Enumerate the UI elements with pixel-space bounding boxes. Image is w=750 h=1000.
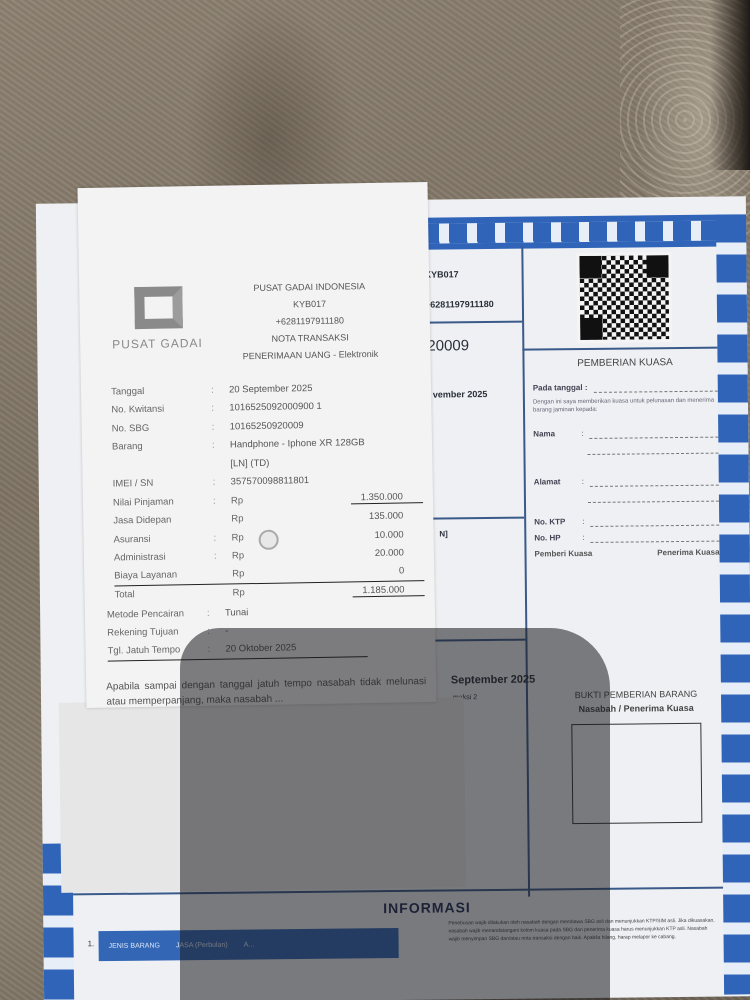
certificate-divider bbox=[522, 347, 717, 351]
background-shadow bbox=[710, 0, 750, 170]
certificate-divider bbox=[429, 517, 524, 520]
phone-fragment: +6281197911180 bbox=[425, 299, 494, 310]
sbg-fragment: 20009 bbox=[427, 337, 469, 354]
kuasa-note: Dengan ini saya memberikan kuasa untuk p… bbox=[533, 398, 718, 416]
signer-left-label: Pemberi Kuasa bbox=[534, 549, 592, 559]
receipt-details: Tanggal:20 September 2025 No. Kwitansi:1… bbox=[111, 377, 425, 604]
kuasa-field-hp: No. HP: bbox=[534, 531, 719, 543]
table-header-cell: JENIS BARANG bbox=[109, 942, 160, 950]
kuasa-field-alamat: Alamat: bbox=[534, 475, 719, 487]
signer-right-label: Penerima Kuasa bbox=[657, 547, 719, 557]
qr-code bbox=[576, 252, 672, 343]
company-logo bbox=[134, 286, 183, 329]
doc-subtitle: PENERIMAAN UANG - Elektronik bbox=[210, 345, 410, 365]
receipt-header: PUSAT GADAI INDONESIA KYB017 +6281197911… bbox=[209, 277, 410, 365]
branch-code-fragment: KYB017 bbox=[425, 269, 459, 279]
kuasa-field-ktp: No. KTP: bbox=[534, 515, 719, 527]
certificate-border-top bbox=[421, 214, 746, 249]
certificate-divider bbox=[427, 321, 522, 324]
certificate-border-right bbox=[716, 214, 750, 994]
logo-text: PUSAT GADAI bbox=[112, 336, 203, 352]
table-row-number: 1. bbox=[88, 939, 95, 948]
kuasa-field-nama: Nama: bbox=[533, 427, 718, 439]
power-of-attorney-section: PEMBERIAN KUASA Pada tanggal : Dengan in… bbox=[532, 357, 719, 559]
kuasa-date-field: Pada tanggal : bbox=[533, 382, 718, 394]
kuasa-title: PEMBERIAN KUASA bbox=[532, 357, 717, 370]
date-fragment: vember 2025 bbox=[433, 389, 488, 400]
phone-shadow bbox=[180, 628, 610, 1000]
bracket-fragment: N] bbox=[439, 529, 448, 538]
